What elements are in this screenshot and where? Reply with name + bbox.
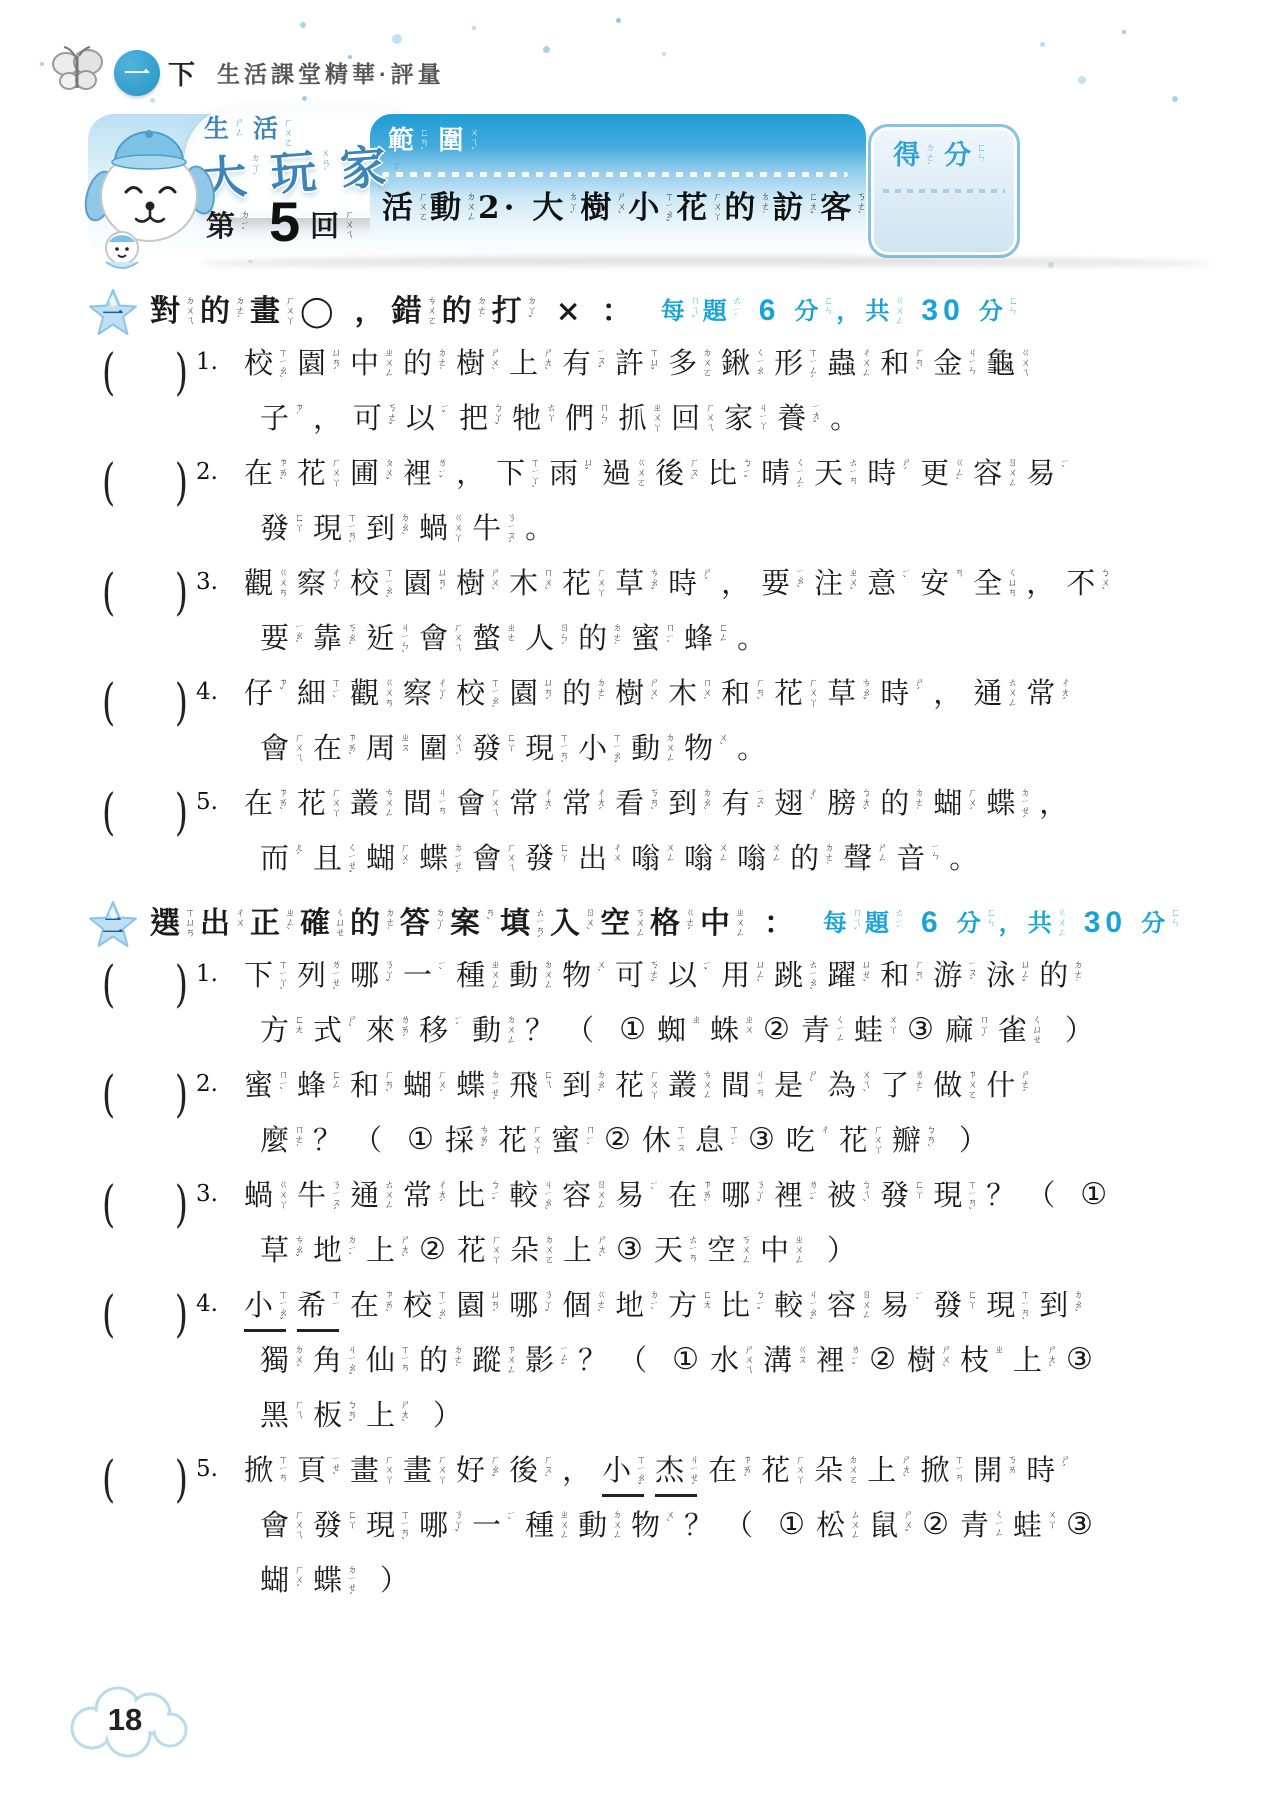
dog-mascot-icon bbox=[84, 112, 218, 277]
char-with-zhuyin: 蝶ㄉㄧㄝˊ bbox=[986, 784, 1028, 826]
char-with-zhuyin: 。 bbox=[830, 399, 859, 441]
zhuyin-annotation: ㄉㄚˇ bbox=[523, 292, 535, 326]
char-with-zhuyin: 雀ㄑㄩㄝˋ bbox=[998, 1011, 1040, 1053]
char-with-zhuyin: 分ㄈㄣ bbox=[1141, 904, 1178, 946]
char-with-zhuyin: 觀ㄍㄨㄢ bbox=[350, 674, 392, 716]
char-with-zhuyin: ？ bbox=[684, 1506, 713, 1548]
char-with-zhuyin: 瓣ㄅㄢˋ bbox=[892, 1121, 934, 1163]
char-with-zhuyin: ， bbox=[355, 292, 385, 334]
zhuyin-annotation: ㄨㄚ bbox=[1043, 1506, 1055, 1529]
char-with-zhuyin: 發ㄈㄚ bbox=[260, 509, 302, 551]
zhuyin-annotation: ㄗㄞˋ bbox=[380, 1286, 392, 1320]
zhuyin-annotation: ㄏㄢˋ bbox=[751, 674, 763, 708]
char-with-zhuyin: ② bbox=[763, 1011, 790, 1053]
zhuyin-annotation: ㄓㄡ bbox=[396, 729, 408, 752]
zhuyin-annotation: ㄔㄚˊ bbox=[433, 674, 445, 708]
char-with-zhuyin: 時ㄕˊ bbox=[668, 564, 710, 606]
zhuyin-annotation: ㄏㄨˊ bbox=[290, 1561, 302, 1595]
zhuyin-annotation: ㄧˋ bbox=[502, 1506, 514, 1528]
zhuyin-annotation: ㄒㄧㄠˋ bbox=[433, 1286, 445, 1328]
zhuyin-annotation: ㄕㄤˋ bbox=[593, 1231, 605, 1265]
char-with-zhuyin: 對ㄉㄨㄟˋ bbox=[150, 292, 193, 334]
char-with-zhuyin: 比ㄅㄧˇ bbox=[456, 1176, 498, 1218]
char-with-zhuyin: 螫ㄓㄜ bbox=[472, 619, 514, 661]
zhuyin-annotation: ㄈㄚ bbox=[963, 1286, 975, 1309]
char-with-zhuyin: 以ㄧˇ bbox=[668, 956, 710, 998]
char-with-zhuyin: 花ㄏㄨㄚ bbox=[774, 674, 816, 716]
zhuyin-annotation: ㄉㄧˋ bbox=[343, 1231, 355, 1263]
worksheet-page: 一 下 生活課堂精華·評量 範ㄈㄢˋ圍ㄨㄟˊ 活ㄏㄨㄛˊ動ㄉㄨㄥˋ2·大ㄉㄚˋ樹… bbox=[0, 0, 1282, 1813]
zhuyin-annotation: ㄏㄨㄟˋ bbox=[290, 729, 302, 771]
zhuyin-annotation: ㄧㄡˇ bbox=[592, 344, 604, 376]
char-with-zhuyin: 有ㄧㄡˇ bbox=[562, 344, 604, 386]
char-with-zhuyin: 小ㄒㄧㄠˇ bbox=[578, 729, 620, 771]
char-with-zhuyin: 蝸ㄍㄨㄚ bbox=[244, 1176, 286, 1218]
zhuyin-annotation: ㄒㄧㄠˇ bbox=[632, 1451, 644, 1493]
zhuyin-annotation: ㄅㄟˋ bbox=[857, 1176, 869, 1210]
answer-blank[interactable]: () bbox=[102, 454, 188, 494]
zhuyin-annotation: ㄈㄚ bbox=[343, 1506, 355, 1529]
zhuyin-annotation: ㄑㄧㄥ bbox=[831, 1011, 843, 1042]
zhuyin-annotation: ㄓㄜ bbox=[502, 619, 514, 642]
zhuyin-annotation: ㄏㄡˋ bbox=[685, 454, 697, 488]
answer-blank[interactable]: () bbox=[102, 1176, 188, 1216]
char-with-zhuyin: 鍬ㄑㄧㄠ bbox=[721, 344, 763, 386]
char-with-zhuyin: 每ㄇㄟˇ bbox=[823, 904, 860, 946]
zhuyin-annotation: ㄔㄤˊ bbox=[433, 1176, 445, 1210]
char-with-zhuyin: 式ㄕˋ bbox=[313, 1011, 355, 1053]
zhuyin-annotation: ㄉㄧˋ bbox=[645, 1286, 657, 1318]
zhuyin-annotation: ㄨˋ bbox=[592, 956, 604, 980]
zhuyin-annotation: ㄏㄨㄟˋ bbox=[502, 839, 514, 881]
char-with-zhuyin: 和ㄏㄢˋ bbox=[880, 344, 922, 386]
char-with-zhuyin: 躍ㄩㄝˋ bbox=[827, 956, 869, 998]
zhuyin-annotation: ㄏㄨㄟˊ bbox=[701, 399, 713, 441]
zhuyin-annotation: ㄊㄚ bbox=[542, 399, 554, 422]
char-with-zhuyin: 會ㄏㄨㄟˋ bbox=[419, 619, 461, 661]
answer-blank[interactable]: () bbox=[102, 674, 188, 714]
char-with-zhuyin: 溝ㄍㄡ bbox=[763, 1341, 805, 1383]
zhuyin-annotation: ㄑㄩㄝˋ bbox=[1028, 1011, 1040, 1053]
zhuyin-annotation: ㄉㄨㄛ bbox=[698, 344, 710, 377]
char-with-zhuyin: 意ㄧˋ bbox=[867, 564, 909, 606]
char-with-zhuyin: 發ㄈㄚ bbox=[933, 1286, 975, 1328]
char-with-zhuyin: 鼠ㄕㄨˇ bbox=[869, 1506, 911, 1548]
zhuyin-annotation: ㄒㄧㄢˋ bbox=[396, 1506, 408, 1548]
char-with-zhuyin: 案ㄢˋ bbox=[450, 904, 493, 946]
char-with-zhuyin: 樹ㄕㄨˋ bbox=[907, 1341, 949, 1383]
zhuyin-annotation: ㄌㄧˇ bbox=[433, 454, 445, 486]
char-with-zhuyin: 下ㄒㄧㄚˋ bbox=[244, 956, 286, 998]
question-number: 2. bbox=[196, 454, 244, 485]
zhuyin-annotation: ㄌㄧㄝˋ bbox=[327, 956, 339, 998]
zhuyin-annotation: ㄔ bbox=[816, 1121, 828, 1134]
char-with-zhuyin: 的ㄉㄜ˙ bbox=[350, 904, 393, 946]
zhuyin-annotation: ㄩㄢˊ bbox=[433, 564, 445, 598]
char-with-zhuyin: 校ㄒㄧㄠˋ bbox=[456, 674, 498, 716]
char-with-zhuyin: 蝴ㄏㄨˊ bbox=[933, 784, 975, 826]
char-with-zhuyin: 花ㄏㄨㄚ bbox=[297, 454, 339, 496]
zhuyin-annotation: ㄉㄠˋ bbox=[698, 784, 710, 818]
char-with-zhuyin: 把ㄅㄚˇ bbox=[459, 399, 501, 441]
char-with-zhuyin: 形ㄒㄧㄥˊ bbox=[774, 344, 816, 386]
char-with-zhuyin: 來ㄌㄞˊ bbox=[366, 1011, 408, 1053]
char-with-zhuyin: 樹ㄕㄨˋ bbox=[615, 674, 657, 716]
char-with-zhuyin: 3 bbox=[1084, 904, 1101, 946]
char-with-zhuyin: 叢ㄘㄨㄥˊ bbox=[668, 1066, 710, 1108]
zhuyin-annotation: ㄢˋ bbox=[481, 904, 493, 928]
char-with-zhuyin: 確ㄑㄩㄝˋ bbox=[300, 904, 343, 946]
char-with-zhuyin: 格ㄍㄜˊ bbox=[650, 904, 693, 946]
answer-blank[interactable]: () bbox=[102, 564, 188, 604]
char-with-zhuyin: 動ㄉㄨㄥˋ bbox=[631, 729, 673, 771]
char-with-zhuyin: ① bbox=[619, 1011, 646, 1053]
char-with-zhuyin: 希ㄒㄧ bbox=[297, 1286, 339, 1332]
char-with-zhuyin: 朵ㄉㄨㄛˇ bbox=[510, 1231, 552, 1273]
zhuyin-annotation: ㄏㄨˊ bbox=[433, 1066, 445, 1100]
question-text: 麼ㄇㄜ˙？（①採ㄘㄞˇ花ㄏㄨㄚ蜜ㄇㄧˋ②休ㄒㄧㄡ息ㄒㄧˊ③吃ㄔ花ㄏㄨㄚ瓣ㄅㄢˋ） bbox=[260, 1121, 999, 1163]
zhuyin-annotation: ㄔㄤˊ bbox=[1056, 674, 1068, 708]
char-with-zhuyin: 空ㄎㄨㄥ bbox=[707, 1231, 749, 1273]
zhuyin-annotation: ㄇㄚˊ bbox=[975, 1011, 987, 1045]
char-with-zhuyin: 且ㄑㄧㄝˇ bbox=[313, 839, 355, 881]
char-with-zhuyin: 易ㄧˋ bbox=[880, 1286, 922, 1328]
zhuyin-annotation: ㄎㄞ bbox=[1003, 1451, 1015, 1474]
round-suffix: 回ㄏㄨㄟˊ bbox=[310, 206, 363, 248]
zhuyin-annotation: ㄈㄚ bbox=[502, 729, 514, 752]
char-with-zhuyin: 用ㄩㄥˋ bbox=[721, 956, 763, 998]
zhuyin-annotation: ㄘㄞˇ bbox=[475, 1121, 487, 1155]
zhuyin-annotation: ㄏㄨˊ bbox=[963, 784, 975, 818]
zhuyin-annotation: ㄓㄥˋ bbox=[281, 904, 293, 938]
char-with-zhuyin: 常ㄔㄤˊ bbox=[403, 1176, 445, 1218]
zhuyin-annotation: ㄨㄥ bbox=[714, 839, 726, 862]
zhuyin-annotation: ㄐㄧㄠˇ bbox=[343, 1341, 355, 1383]
zhuyin-annotation: ㄗㄞˋ bbox=[274, 784, 286, 818]
zhuyin-annotation: ㄩˇ bbox=[579, 454, 591, 478]
char-with-zhuyin: 的ㄉㄜ˙ bbox=[578, 619, 620, 661]
star-icon: 二 bbox=[88, 900, 138, 950]
zhuyin-annotation: ㄕㄤˋ bbox=[539, 344, 551, 378]
question-text: 下ㄒㄧㄚˋ列ㄌㄧㄝˋ哪ㄋㄚˇ一ㄧˋ種ㄓㄨㄥˇ動ㄉㄨㄥˋ物ㄨˋ可ㄎㄜˇ以ㄧˇ用ㄩㄥ… bbox=[244, 956, 1092, 998]
char-with-zhuyin: 小ㄒㄧㄠˇ bbox=[628, 188, 672, 230]
char-with-zhuyin: 黑ㄏㄟ bbox=[260, 1396, 302, 1438]
zhuyin-annotation: ㄈㄤ bbox=[290, 1011, 302, 1034]
char-with-zhuyin: 影ㄧㄥˇ bbox=[525, 1341, 567, 1383]
question-text: 黑ㄏㄟ板ㄅㄢˇ上ㄕㄤˋ） bbox=[260, 1396, 473, 1438]
char-with-zhuyin: 蝴ㄏㄨˊ bbox=[260, 1561, 302, 1603]
answer-blank[interactable]: () bbox=[102, 1066, 188, 1106]
zhuyin-annotation: ㄐㄧㄢ bbox=[433, 784, 445, 815]
zhuyin-annotation: ㄋㄚˇ bbox=[539, 1286, 551, 1320]
char-with-zhuyin: 時ㄕˊ bbox=[867, 454, 909, 496]
zhuyin-annotation: ㄑㄩㄝˋ bbox=[331, 904, 343, 946]
char-with-zhuyin: 獨ㄉㄨˊ bbox=[260, 1341, 302, 1383]
char-with-zhuyin: 龜ㄍㄨㄟ bbox=[986, 344, 1028, 386]
char-with-zhuyin: ① bbox=[1080, 1176, 1107, 1218]
char-with-zhuyin: 和ㄏㄢˋ bbox=[350, 1066, 392, 1108]
zhuyin-annotation: ㄅㄤˇ bbox=[857, 784, 869, 818]
zhuyin-annotation: ㄉㄨㄥˋ bbox=[462, 188, 474, 230]
char-with-zhuyin: 3 bbox=[921, 292, 938, 334]
char-with-zhuyin: 出ㄔㄨ bbox=[578, 839, 620, 881]
score-box[interactable]: 得ㄉㄜˊ分ㄈㄣ bbox=[868, 124, 1020, 258]
char-with-zhuyin: 玩ㄨㄢˊ bbox=[269, 144, 331, 190]
char-with-zhuyin: 為ㄨㄟˋ bbox=[827, 1066, 869, 1108]
zhuyin-annotation: ㄧˇ bbox=[698, 956, 710, 978]
char-with-zhuyin: 上ㄕㄤˋ bbox=[1013, 1341, 1055, 1383]
question-line: 蝴ㄏㄨˊ蝶ㄉㄧㄝˊ） bbox=[88, 1561, 1208, 1616]
char-with-zhuyin: 2 bbox=[478, 188, 500, 230]
zhuyin-annotation: ㄗㄨㄥ bbox=[502, 1341, 514, 1374]
zhuyin-annotation: ㄈㄥ bbox=[327, 1066, 339, 1089]
breadcrumb: 一 下 生活課堂精華·評量 bbox=[48, 44, 445, 101]
char-with-zhuyin: 中ㄓㄨㄥ bbox=[760, 1231, 802, 1273]
zhuyin-annotation: ㄊㄧˊ bbox=[728, 292, 740, 324]
zhuyin-annotation: ㄋㄧㄡˊ bbox=[502, 509, 514, 551]
zhuyin-annotation: ㄇㄟˇ bbox=[848, 904, 860, 938]
question-text: 觀ㄍㄨㄢ察ㄔㄚˊ校ㄒㄧㄠˋ園ㄩㄢˊ樹ㄕㄨˋ木ㄇㄨˋ花ㄏㄨㄚ草ㄘㄠˇ時ㄕˊ，要ㄧㄠ… bbox=[244, 564, 1119, 606]
question-number: 2. bbox=[196, 1066, 244, 1097]
zhuyin-annotation: ㄎㄨㄥˋ bbox=[631, 904, 643, 946]
zhuyin-annotation: ㄦˊ bbox=[290, 839, 302, 863]
char-with-zhuyin: 花ㄏㄨㄚ bbox=[839, 1121, 881, 1163]
zhuyin-annotation: ㄩㄢˊ bbox=[539, 674, 551, 708]
zhuyin-annotation: ㄓㄨㄥ bbox=[790, 1231, 802, 1264]
char-with-zhuyin: 園ㄩㄢˊ bbox=[456, 1286, 498, 1328]
zhuyin-annotation: ㄉㄠˋ bbox=[592, 1066, 604, 1100]
zhuyin-annotation: ㄖㄨㄥˊ bbox=[857, 1286, 869, 1328]
zhuyin-annotation: ㄅㄢˋ bbox=[922, 1121, 934, 1155]
char-with-zhuyin: 游ㄧㄡˊ bbox=[933, 956, 975, 998]
char-with-zhuyin: 靠ㄎㄠˋ bbox=[313, 619, 355, 661]
section-header: 二 選ㄒㄩㄢˇ出ㄔㄨ正ㄓㄥˋ確ㄑㄩㄝˋ的ㄉㄜ˙答ㄉㄚˊ案ㄢˋ填ㄊㄧㄢˊ入ㄖㄨˋ空… bbox=[88, 894, 1208, 956]
zhuyin-annotation: ㄍㄨㄚ bbox=[449, 509, 461, 542]
zhuyin-annotation: ㄉㄨㄥˋ bbox=[539, 956, 551, 998]
question-text: 會ㄏㄨㄟˋ在ㄗㄞˋ周ㄓㄡ圍ㄨㄟˊ發ㄈㄚ現ㄒㄧㄢˋ小ㄒㄧㄠˇ動ㄉㄨㄥˋ物ㄨˋ。 bbox=[260, 729, 777, 771]
question-text: 小ㄒㄧㄠˇ希ㄒㄧ在ㄗㄞˋ校ㄒㄧㄠˋ園ㄩㄢˊ哪ㄋㄚˇ個ㄍㄜˋ地ㄉㄧˋ方ㄈㄤ比ㄅㄧˇ… bbox=[244, 1286, 1092, 1332]
zhuyin-annotation: ㄋㄧㄡˊ bbox=[327, 1176, 339, 1218]
char-with-zhuyin: 中ㄓㄨㄥ bbox=[350, 344, 392, 386]
char-with-zhuyin: 現ㄒㄧㄢˋ bbox=[366, 1506, 408, 1548]
zhuyin-annotation: ㄨㄟˊ bbox=[449, 729, 461, 763]
zhuyin-annotation: ㄧˋ bbox=[645, 1176, 657, 1198]
zhuyin-annotation: ㄨㄥ bbox=[661, 839, 673, 862]
char-with-zhuyin: 間ㄐㄧㄢ bbox=[721, 1066, 763, 1108]
zhuyin-annotation: ㄌㄜ˙ bbox=[910, 1066, 922, 1100]
char-with-zhuyin: ① bbox=[672, 1341, 699, 1383]
char-with-zhuyin: 飛ㄈㄟ bbox=[509, 1066, 551, 1108]
zhuyin-annotation: ㄨˋ bbox=[714, 729, 726, 753]
char-with-zhuyin: 較ㄐㄧㄠˋ bbox=[774, 1286, 816, 1328]
zhuyin-annotation: ㄕˊ bbox=[897, 454, 909, 478]
zhuyin-annotation: ㄉㄨㄛˇ bbox=[844, 1451, 856, 1493]
char-with-zhuyin: ③ bbox=[616, 1231, 643, 1273]
zhuyin-annotation: ㄒㄩㄢˇ bbox=[181, 904, 193, 946]
zhuyin-annotation: ㄔㄤˊ bbox=[592, 784, 604, 818]
section-marker: 一 bbox=[88, 288, 138, 338]
char-with-zhuyin: 園ㄩㄢˊ bbox=[509, 674, 551, 716]
answer-blank[interactable]: () bbox=[102, 956, 188, 996]
char-with-zhuyin: ◯ bbox=[300, 292, 334, 334]
zhuyin-annotation: ㄕㄨㄟˇ bbox=[740, 1341, 752, 1383]
char-with-zhuyin: 哪ㄋㄚˇ bbox=[509, 1286, 551, 1328]
answer-blank[interactable]: () bbox=[102, 1451, 188, 1491]
zhuyin-annotation: ㄢ bbox=[950, 564, 962, 577]
zhuyin-annotation: ㄕㄤˋ bbox=[396, 1231, 408, 1265]
char-with-zhuyin: 會ㄏㄨㄟˋ bbox=[260, 1506, 302, 1548]
zhuyin-annotation: ㄅㄧˇ bbox=[486, 1176, 498, 1208]
zhuyin-annotation: ㄓ bbox=[990, 1341, 1002, 1354]
question-line: 麼ㄇㄜ˙？（①採ㄘㄞˇ花ㄏㄨㄚ蜜ㄇㄧˋ②休ㄒㄧㄡ息ㄒㄧˊ③吃ㄔ花ㄏㄨㄚ瓣ㄅㄢˋ） bbox=[88, 1121, 1208, 1176]
zhuyin-annotation: ㄕˋ bbox=[343, 1011, 355, 1035]
zhuyin-annotation: ㄉㄜ˙ bbox=[1069, 956, 1081, 990]
zhuyin-annotation: ㄇㄟˇ bbox=[686, 292, 698, 326]
char-with-zhuyin: 到ㄉㄠˋ bbox=[668, 784, 710, 826]
section-heading: 對ㄉㄨㄟˋ的ㄉㄜ˙畫ㄏㄨㄚˋ◯，錯ㄘㄨㄛˋ的ㄉㄜ˙打ㄉㄚˇ×： bbox=[150, 292, 639, 334]
char-with-zhuyin: 共ㄍㄨㄥˋ bbox=[865, 292, 902, 334]
char-with-zhuyin: 要ㄧㄠˋ bbox=[761, 564, 803, 606]
zhuyin-annotation: ㄒㄧㄠˇ bbox=[660, 188, 672, 230]
char-with-zhuyin: 正ㄓㄥˋ bbox=[250, 904, 293, 946]
zhuyin-annotation: ㄇㄜ˙ bbox=[290, 1121, 302, 1155]
char-with-zhuyin: 的ㄉㄜ˙ bbox=[790, 839, 832, 881]
char-with-zhuyin: 下ㄒㄧㄚˋ bbox=[496, 454, 538, 496]
answer-blank[interactable]: () bbox=[102, 784, 188, 824]
zhuyin-annotation: ㄘㄨㄥˊ bbox=[380, 784, 392, 826]
char-with-zhuyin: 發ㄈㄚ bbox=[313, 1506, 355, 1548]
zhuyin-annotation: ㄉㄨㄛˇ bbox=[540, 1231, 552, 1273]
char-with-zhuyin: 動ㄉㄨㄥˋ bbox=[578, 1506, 620, 1548]
char-with-zhuyin: ， bbox=[721, 564, 750, 606]
char-with-zhuyin: 近ㄐㄧㄣˋ bbox=[366, 619, 408, 661]
zhuyin-annotation: ㄉㄨㄟˋ bbox=[181, 292, 193, 334]
char-with-zhuyin: 大ㄉㄚˋ bbox=[532, 188, 576, 230]
zhuyin-annotation: ㄧㄠˋ bbox=[290, 619, 302, 651]
zhuyin-annotation: ㄏㄨㄟˋ bbox=[449, 619, 461, 661]
char-with-zhuyin: ） bbox=[827, 1231, 856, 1273]
zhuyin-annotation: ㄉㄚˋ bbox=[564, 188, 576, 222]
zhuyin-annotation: ㄏㄨㄛˊ bbox=[414, 188, 426, 230]
char-with-zhuyin: （ bbox=[1026, 1176, 1055, 1218]
zhuyin-annotation: ㄔㄨ bbox=[231, 904, 243, 927]
question-line: 發ㄈㄚ現ㄒㄧㄢˋ到ㄉㄠˋ蝸ㄍㄨㄚ牛ㄋㄧㄡˊ。 bbox=[88, 509, 1208, 564]
char-with-zhuyin: 抓ㄓㄨㄚ bbox=[618, 399, 660, 441]
zhuyin-annotation: ㄆㄨˇ bbox=[380, 454, 392, 488]
char-with-zhuyin: 更ㄍㄥˋ bbox=[920, 454, 962, 496]
char-with-zhuyin: 蜘ㄓ bbox=[657, 1011, 699, 1053]
char-with-zhuyin: （ bbox=[353, 1121, 382, 1163]
zhuyin-annotation: ㄒㄩˇ bbox=[645, 344, 657, 378]
zhuyin-annotation: ㄊㄧˊ bbox=[890, 904, 902, 936]
question-text: 方ㄈㄤ式ㄕˋ來ㄌㄞˊ移ㄧˊ動ㄉㄨㄥˋ？（①蜘ㄓ蛛ㄓㄨ②青ㄑㄧㄥ蛙ㄨㄚ③麻ㄇㄚˊ雀… bbox=[260, 1011, 1105, 1053]
zhuyin-annotation: ㄍㄜˋ bbox=[592, 1286, 604, 1320]
question-line: ()4.小ㄒㄧㄠˇ希ㄒㄧ在ㄗㄞˋ校ㄒㄧㄠˋ園ㄩㄢˊ哪ㄋㄚˇ個ㄍㄜˋ地ㄉㄧˋ方ㄈㄤ… bbox=[88, 1286, 1208, 1341]
char-with-zhuyin: 子ㄗ˙ bbox=[260, 399, 302, 441]
zhuyin-annotation: ㄘㄠˇ bbox=[290, 1231, 302, 1265]
char-with-zhuyin: 青ㄑㄧㄥ bbox=[960, 1506, 1002, 1548]
char-with-zhuyin: 在ㄗㄞˋ bbox=[313, 729, 355, 771]
zhuyin-annotation: ㄑㄧㄥˊ bbox=[791, 454, 803, 496]
zhuyin-annotation: ㄉㄨˊ bbox=[290, 1341, 302, 1375]
char-with-zhuyin: ② bbox=[922, 1506, 949, 1548]
char-with-zhuyin: （ bbox=[618, 1341, 647, 1383]
question-number: 4. bbox=[196, 674, 244, 705]
char-with-zhuyin: 花ㄏㄨㄚ bbox=[498, 1121, 540, 1163]
zhuyin-annotation: ㄧㄥˇ bbox=[555, 1341, 567, 1373]
char-with-zhuyin: 訪ㄈㄤˇ bbox=[772, 188, 816, 230]
char-with-zhuyin: 牛ㄋㄧㄡˊ bbox=[297, 1176, 339, 1218]
char-with-zhuyin: ？ bbox=[525, 1011, 554, 1053]
char-with-zhuyin: 花ㄏㄨㄚ bbox=[457, 1231, 499, 1273]
question-line: ()2.蜜ㄇㄧˋ蜂ㄈㄥ和ㄏㄢˋ蝴ㄏㄨˊ蝶ㄉㄧㄝˊ飛ㄈㄟ到ㄉㄠˋ花ㄏㄨㄚ叢ㄘㄨㄥˊ… bbox=[88, 1066, 1208, 1121]
question-line: 獨ㄉㄨˊ角ㄐㄧㄠˇ仙ㄒㄧㄢ的ㄉㄜ˙蹤ㄗㄨㄥ影ㄧㄥˇ？（①水ㄕㄨㄟˇ溝ㄍㄡ裡ㄌㄧˇ… bbox=[88, 1341, 1208, 1396]
char-with-zhuyin: 過ㄍㄨㄛˋ bbox=[602, 454, 644, 496]
zhuyin-annotation: ㄉㄧㄝˊ bbox=[1016, 784, 1028, 826]
zhuyin-annotation: ㄏㄨㄚ bbox=[708, 188, 720, 221]
char-with-zhuyin: ③ bbox=[907, 1011, 934, 1053]
char-with-zhuyin: 種ㄓㄨㄥˇ bbox=[456, 956, 498, 998]
question-text: 蝴ㄏㄨˊ蝶ㄉㄧㄝˊ） bbox=[260, 1561, 420, 1603]
zhuyin-annotation: ㄐㄧㄣˋ bbox=[396, 619, 408, 661]
zhuyin-annotation: ㄊㄧㄠˋ bbox=[804, 956, 816, 998]
char-with-zhuyin: 泳ㄩㄥˇ bbox=[986, 956, 1028, 998]
zhuyin-annotation: ㄔㄚˊ bbox=[327, 564, 339, 598]
question-line: 會ㄏㄨㄟˋ發ㄈㄚ現ㄒㄧㄢˋ哪ㄋㄚˇ一ㄧˋ種ㄓㄨㄥˇ動ㄉㄨㄥˋ物ㄨˋ？（①松ㄙㄨㄥ… bbox=[88, 1506, 1208, 1561]
zhuyin-annotation: ㄎㄠˋ bbox=[343, 619, 355, 653]
char-with-zhuyin: 花ㄏㄨㄚ bbox=[297, 784, 339, 826]
char-with-zhuyin: 通ㄊㄨㄥ bbox=[973, 674, 1015, 716]
char-with-zhuyin: 了ㄌㄜ˙ bbox=[880, 1066, 922, 1108]
question-text: 校ㄒㄧㄠˋ園ㄩㄢˊ中ㄓㄨㄥ的ㄉㄜ˙樹ㄕㄨˋ上ㄕㄤˋ有ㄧㄡˇ許ㄒㄩˇ多ㄉㄨㄛ鍬ㄑㄧ… bbox=[244, 344, 1039, 386]
char-with-zhuyin: 。 bbox=[737, 729, 766, 771]
char-with-zhuyin: 動ㄉㄨㄥˋ bbox=[472, 1011, 514, 1053]
char-with-zhuyin: ② bbox=[604, 1121, 631, 1163]
char-with-zhuyin: 蜜ㄇㄧˋ bbox=[631, 619, 673, 661]
char-with-zhuyin: 易ㄧˋ bbox=[615, 1176, 657, 1218]
question-line: ()3.觀ㄍㄨㄢ察ㄔㄚˊ校ㄒㄧㄠˋ園ㄩㄢˊ樹ㄕㄨˋ木ㄇㄨˋ花ㄏㄨㄚ草ㄘㄠˇ時ㄕˊ… bbox=[88, 564, 1208, 619]
zhuyin-annotation: ㄉㄜ˙ bbox=[910, 784, 922, 818]
zhuyin-annotation: ㄉㄜˊ bbox=[921, 139, 933, 173]
char-with-zhuyin: 青ㄑㄧㄥ bbox=[801, 1011, 843, 1053]
zhuyin-annotation: ㄏㄨㄚ bbox=[528, 1121, 540, 1154]
char-with-zhuyin: 水ㄕㄨㄟˇ bbox=[710, 1341, 752, 1383]
char-with-zhuyin: 樹ㄕㄨˋ bbox=[456, 344, 498, 386]
question-text: 要ㄧㄠˋ靠ㄎㄠˋ近ㄐㄧㄣˋ會ㄏㄨㄟˋ螫ㄓㄜ人ㄖㄣˊ的ㄉㄜ˙蜜ㄇㄧˋ蜂ㄈㄥ。 bbox=[260, 619, 777, 661]
char-with-zhuyin: 6 bbox=[921, 904, 938, 946]
char-with-zhuyin: ② bbox=[869, 1341, 896, 1383]
char-with-zhuyin: 什ㄕㄜˊ bbox=[986, 1066, 1028, 1108]
char-with-zhuyin: ， bbox=[1026, 564, 1055, 606]
char-with-zhuyin: 嗡ㄨㄥ bbox=[684, 839, 726, 881]
zhuyin-annotation: ㄗㄞˋ bbox=[738, 1451, 750, 1485]
zhuyin-annotation: ㄒㄧㄢ bbox=[396, 1341, 408, 1372]
question-text: 獨ㄉㄨˊ角ㄐㄧㄠˇ仙ㄒㄧㄢ的ㄉㄜ˙蹤ㄗㄨㄥ影ㄧㄥˇ？（①水ㄕㄨㄟˇ溝ㄍㄡ裡ㄌㄧˇ… bbox=[260, 1341, 1104, 1383]
char-with-zhuyin: 圃ㄆㄨˇ bbox=[350, 454, 392, 496]
char-with-zhuyin: 角ㄐㄧㄠˇ bbox=[313, 1341, 355, 1383]
answer-blank[interactable]: () bbox=[102, 1286, 188, 1326]
char-with-zhuyin: 小ㄒㄧㄠˇ bbox=[244, 1286, 286, 1332]
char-with-zhuyin: 要ㄧㄠˋ bbox=[260, 619, 302, 661]
char-with-zhuyin: 掀ㄒㄧㄢ bbox=[244, 1451, 286, 1493]
zhuyin-annotation: ㄐㄧㄚ bbox=[385, 139, 399, 171]
zhuyin-annotation: ㄅㄧˇ bbox=[738, 454, 750, 486]
zhuyin-annotation: ㄋㄚˇ bbox=[380, 956, 392, 990]
char-with-zhuyin: 天ㄊㄧㄢ bbox=[814, 454, 856, 496]
char-with-zhuyin: 的ㄉㄜ˙ bbox=[562, 674, 604, 716]
char-with-zhuyin: ） bbox=[380, 1561, 409, 1603]
answer-blank[interactable]: () bbox=[102, 344, 188, 384]
